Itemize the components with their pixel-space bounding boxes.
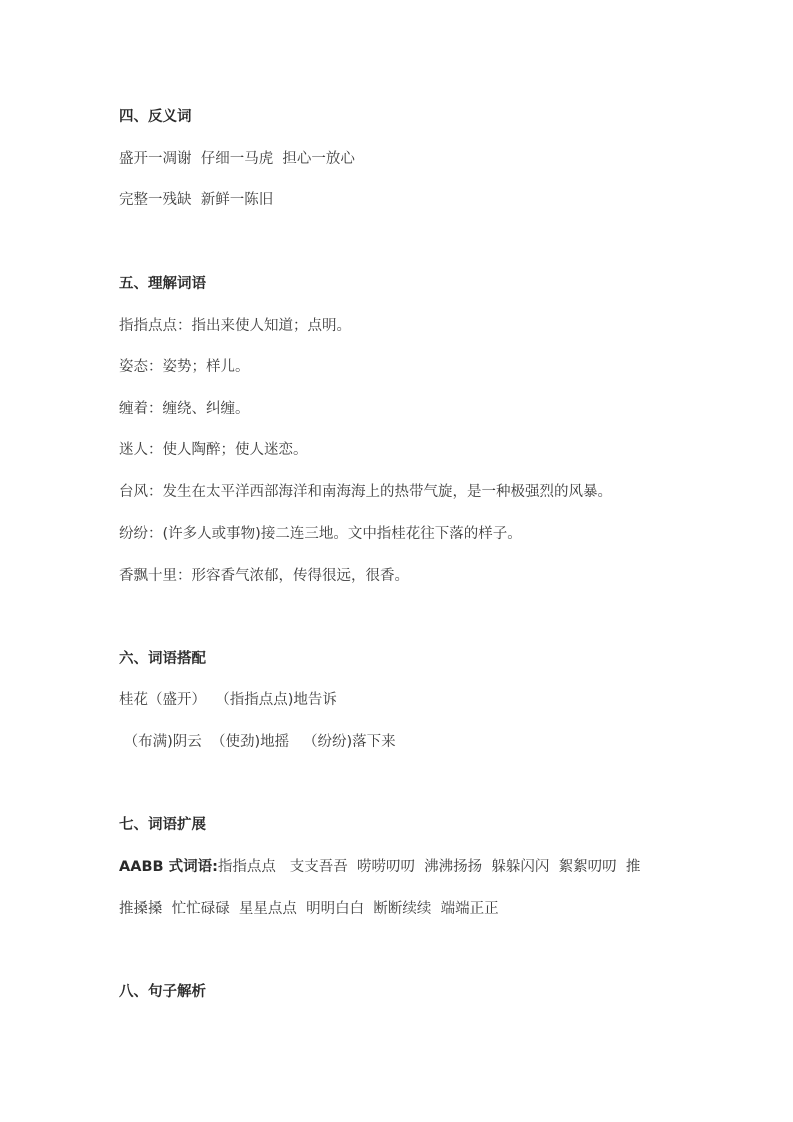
definition-line: 台风：发生在太平洋西部海洋和南海海上的热带气旋，是一种极强烈的风暴。 bbox=[119, 482, 612, 502]
section-heading-word-expansion: 七、词语扩展 bbox=[119, 815, 206, 835]
section-heading-antonyms: 四、反义词 bbox=[119, 107, 192, 127]
definition-line: 指指点点：指出来使人知道；点明。 bbox=[119, 316, 351, 336]
section-heading-sentence-analysis: 八、句子解析 bbox=[119, 982, 206, 1002]
document-page: 四、反义词 盛开一凋谢 仔细一马虎 担心一放心 完整一残缺 新鲜一陈旧 五、理解… bbox=[0, 0, 793, 1122]
antonym-line: 盛开一凋谢 仔细一马虎 担心一放心 bbox=[119, 149, 355, 169]
definition-line: 迷人：使人陶醉；使人迷恋。 bbox=[119, 440, 308, 460]
expansion-line: AABB 式词语:指指点点 支支吾吾 唠唠叨叨 沸沸扬扬 躲躲闪闪 絮絮叨叨 推 bbox=[119, 857, 640, 877]
section-heading-word-meanings: 五、理解词语 bbox=[119, 274, 206, 294]
definition-line: 缠着：缠绕、纠缠。 bbox=[119, 399, 250, 419]
aabb-words: 指指点点 支支吾吾 唠唠叨叨 沸沸扬扬 躲躲闪闪 絮絮叨叨 推 bbox=[218, 859, 640, 875]
antonym-line: 完整一残缺 新鲜一陈旧 bbox=[119, 190, 273, 210]
definition-line: 纷纷：(许多人或事物)接二连三地。文中指桂花往下落的样子。 bbox=[119, 524, 522, 544]
collocation-line: 桂花（盛开） （指指点点)地告诉 bbox=[119, 690, 337, 710]
collocation-line: （布满)阴云 （使劲)地摇 （纷纷)落下来 bbox=[119, 732, 396, 752]
definition-line: 香飘十里：形容香气浓郁，传得很远，很香。 bbox=[119, 566, 409, 586]
expansion-line: 推搡搡 忙忙碌碌 星星点点 明明白白 断断续续 端端正正 bbox=[119, 899, 499, 919]
aabb-label: AABB 式词语: bbox=[119, 859, 218, 875]
section-heading-collocations: 六、词语搭配 bbox=[119, 649, 206, 669]
definition-line: 姿态：姿势；样儿。 bbox=[119, 357, 250, 377]
